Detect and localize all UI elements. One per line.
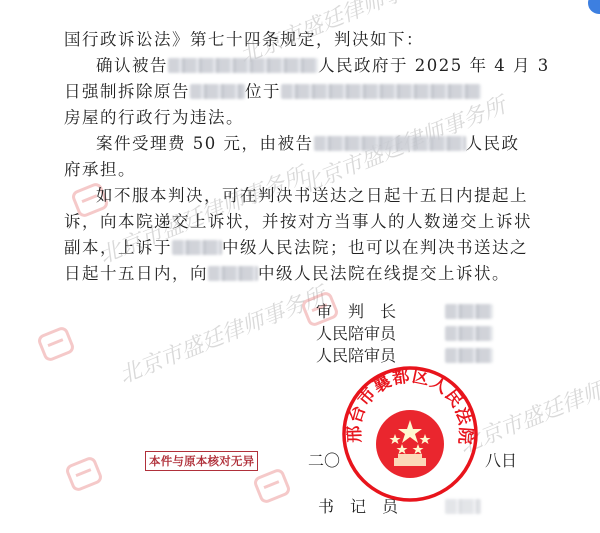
paragraph-line: 如不服本判决，可在判决书送达之日起十五日内提起上 — [96, 186, 556, 206]
redacted-text — [172, 240, 222, 255]
text: 人民政府于 2025 年 4 月 3 — [318, 56, 550, 75]
redacted-text — [314, 136, 466, 151]
role-label: 审 判 长 — [316, 302, 396, 322]
signer-name — [445, 346, 493, 366]
redacted-text — [190, 84, 245, 99]
watermark-text: 北京市盛廷律师事务所 — [114, 279, 330, 390]
date-prefix: 二〇 — [308, 451, 340, 470]
redacted-text — [168, 58, 318, 73]
paragraph-line: 确认被告人民政府于 2025 年 4 月 3 — [96, 56, 556, 76]
role-label: 人民陪审员 — [316, 346, 396, 366]
text: 日起十五日内，向 — [64, 264, 208, 283]
signer-name — [445, 302, 493, 322]
text: 日强制拆除原告 — [64, 82, 190, 101]
watermark-logo-icon — [252, 467, 292, 505]
paragraph-line: 日强制拆除原告位于 — [64, 82, 524, 102]
date-suffix: 八日 — [485, 451, 517, 470]
text: 中级人民法院在线提交上诉状。 — [258, 264, 510, 283]
redacted-name — [445, 348, 493, 363]
text: 位于 — [245, 82, 281, 101]
role-label: 人民陪审员 — [316, 324, 396, 344]
watermark-logo-icon — [36, 325, 76, 363]
text: 人民政 — [466, 134, 520, 153]
watermark-logo-icon — [64, 455, 104, 493]
redacted-name — [445, 304, 493, 319]
certified-copy-stamp: 本件与原本核对无异 — [145, 451, 258, 471]
paragraph-line: 国行政诉讼法》第七十四条规定，判决如下： — [64, 30, 524, 50]
paragraph-line: 诉，向本院递交上诉状，并按对方当事人的人数递交上诉状 — [64, 212, 524, 232]
paragraph-line: 房屋的行政行为违法。 — [64, 108, 524, 128]
paragraph-line: 日起十五日内，向中级人民法院在线提交上诉状。 — [64, 264, 524, 284]
text: 中级人民法院；也可以在判决书送达之 — [222, 238, 528, 257]
judgment-page: 北京市盛廷律师事务所 北京市盛廷律师事务所 北京市盛廷律师事务所 北京市盛廷律师… — [0, 0, 600, 533]
corner-badge-icon[interactable] — [588, 0, 600, 14]
text: 副本，上诉于 — [64, 238, 172, 257]
paragraph-line: 案件受理费 50 元，由被告人民政 — [96, 134, 556, 154]
paragraph-line: 府承担。 — [64, 160, 524, 180]
redacted-text — [281, 84, 481, 99]
redacted-text — [208, 266, 258, 281]
text: 案件受理费 50 元，由被告 — [96, 134, 314, 153]
paragraph-line: 副本，上诉于中级人民法院；也可以在判决书送达之 — [64, 238, 524, 258]
redacted-name — [445, 326, 493, 341]
signer-name — [445, 324, 493, 344]
text: 确认被告 — [96, 56, 168, 75]
court-seal-icon: 邢台市襄都区人民法院 — [340, 364, 480, 504]
